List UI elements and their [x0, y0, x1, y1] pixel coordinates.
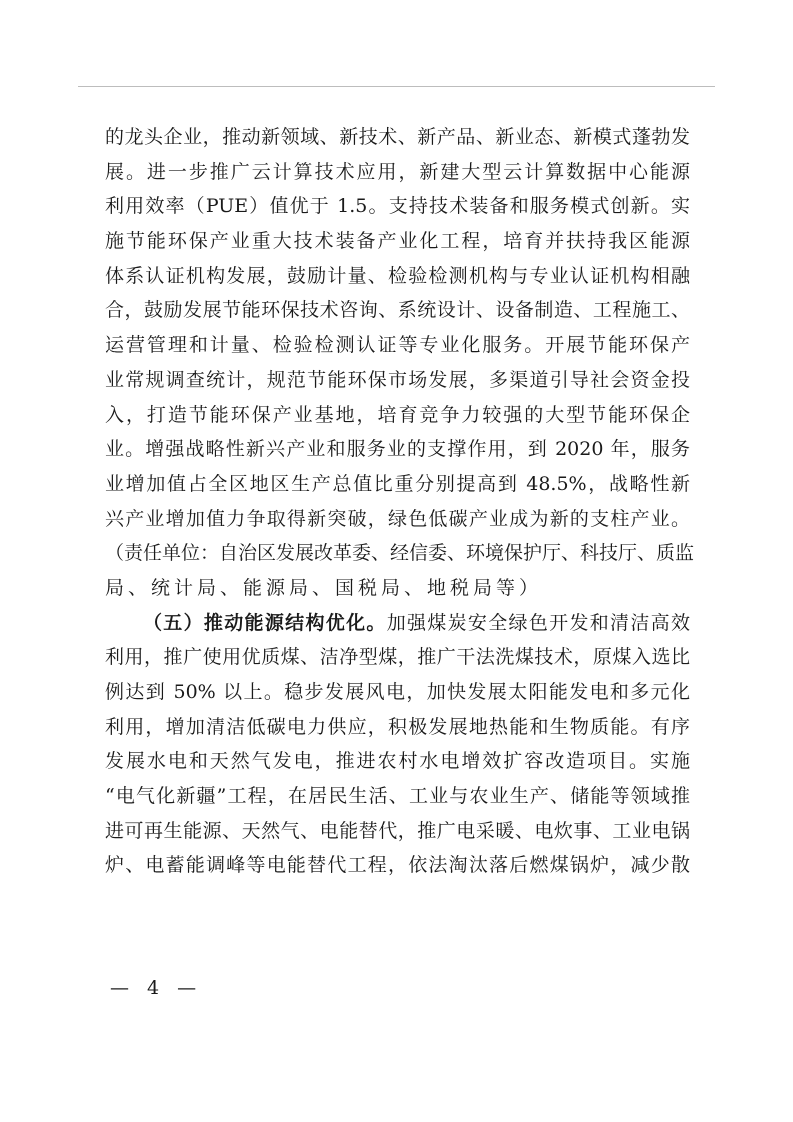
- text-line: 施节能环保产业重大技术装备产业化工程，培育并扶持我区能源: [105, 224, 690, 259]
- text-line: 兴产业增加值力争取得新突破，绿色低碳产业成为新的支柱产业。: [105, 502, 690, 537]
- text-line: 进可再生能源、天然气、电能替代，推广电采暖、电炊事、工业电锅: [105, 814, 690, 849]
- paragraph-1: 的龙头企业，推动新领域、新技术、新产品、新业态、新模式蓬勃发 展。进一步推广云计…: [105, 120, 690, 606]
- text-line: 业常规调查统计，规范节能环保市场发展，多渠道引导社会资金投: [105, 363, 690, 398]
- paragraph-2: （五）推动能源结构优化。加强煤炭安全绿色开发和清洁高效 利用，推广使用优质煤、洁…: [105, 606, 690, 884]
- text-line: 炉、电蓄能调峰等电能替代工程，依法淘汰落后燃煤锅炉，减少散: [105, 848, 690, 883]
- text-line: 业增加值占全区地区生产总值比重分别提高到 48.5%，战略性新: [105, 467, 690, 502]
- text-line: 业。增强战略性新兴产业和服务业的支撑作用，到 2020 年，服务: [105, 432, 690, 467]
- section-heading: （五）推动能源结构优化。: [143, 612, 387, 634]
- text-line: （责任单位：自治区发展改革委、经信委、环境保护厅、科技厅、质监: [105, 536, 690, 571]
- header-rule: [78, 86, 715, 87]
- text-line: 利用，推广使用优质煤、洁净型煤，推广干法洗煤技术，原煤入选比: [105, 640, 690, 675]
- text-line: 运营管理和计量、检验检测认证等专业化服务。开展节能环保产: [105, 328, 690, 363]
- text-line: 体系认证机构发展，鼓励计量、检验检测机构与专业认证机构相融: [105, 259, 690, 294]
- text-line: 例达到 50% 以上。稳步发展风电，加快发展太阳能发电和多元化: [105, 675, 690, 710]
- text-line: 利用，增加清洁低碳电力供应，积极发展地热能和生物质能。有序: [105, 710, 690, 745]
- text-line: 的龙头企业，推动新领域、新技术、新产品、新业态、新模式蓬勃发: [105, 120, 690, 155]
- text-line: 发展水电和天然气发电，推进农村水电增效扩容改造项目。实施: [105, 744, 690, 779]
- document-body: 的龙头企业，推动新领域、新技术、新产品、新业态、新模式蓬勃发 展。进一步推广云计…: [105, 120, 690, 883]
- text-line: 利用效率（PUE）值优于 1.5。支持技术装备和服务模式创新。实: [105, 189, 690, 224]
- text-line: 合，鼓励发展节能环保技术咨询、系统设计、设备制造、工程施工、: [105, 293, 690, 328]
- heading-line-text: 加强煤炭安全绿色开发和清洁高效: [387, 612, 690, 634]
- page-number: — 4 —: [110, 975, 202, 1001]
- text-line: 入，打造节能环保产业基地，培育竞争力较强的大型节能环保企: [105, 398, 690, 433]
- section-heading-line: （五）推动能源结构优化。加强煤炭安全绿色开发和清洁高效: [105, 606, 690, 641]
- text-line: 展。进一步推广云计算技术应用，新建大型云计算数据中心能源: [105, 155, 690, 190]
- text-line: “电气化新疆”工程，在居民生活、工业与农业生产、储能等领域推: [105, 779, 690, 814]
- text-line: 局、统计局、能源局、国税局、地税局等）: [105, 571, 690, 606]
